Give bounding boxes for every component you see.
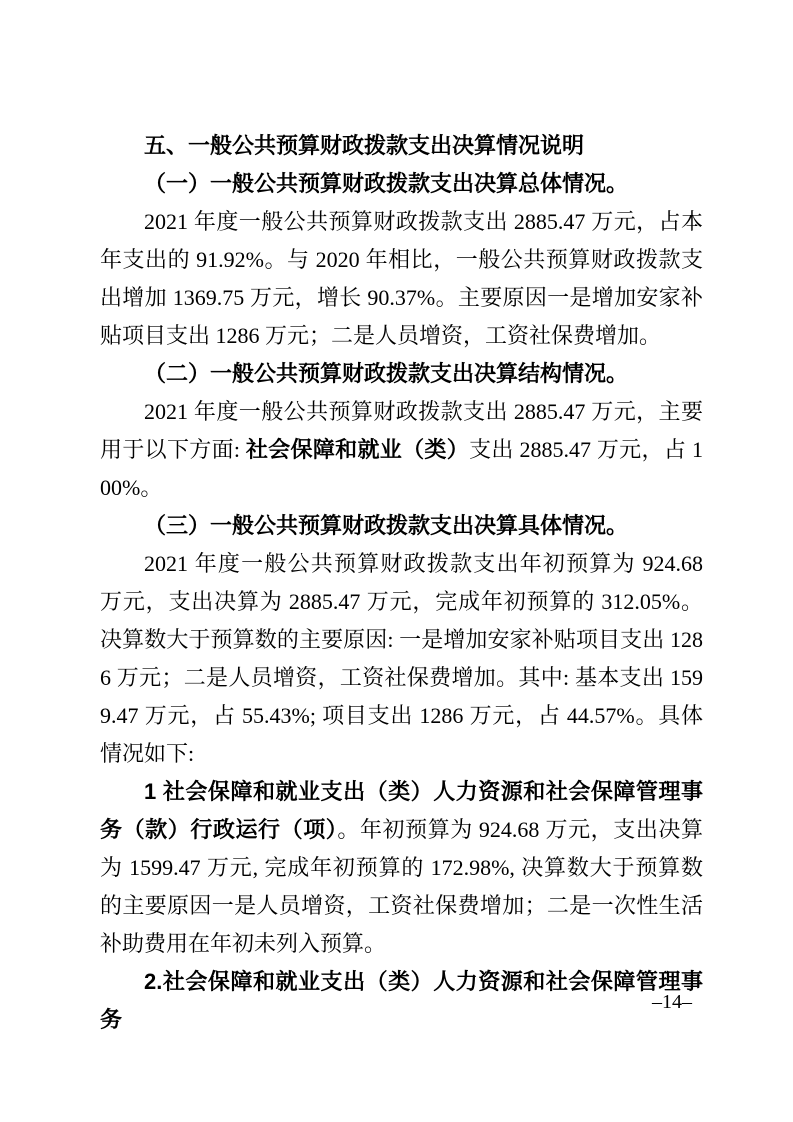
page-number: –14– — [652, 990, 692, 1014]
bold-text-run: （一）一般公共预算财政拨款支出决算总体情况。 — [144, 171, 628, 196]
bold-text-run: （三）一般公共预算财政拨款支出决算具体情况。 — [144, 513, 628, 538]
section-heading: 五、一般公共预算财政拨款支出决算情况说明 — [100, 127, 703, 165]
section-heading: （一）一般公共预算财政拨款支出决算总体情况。 — [100, 165, 703, 203]
body-paragraph: 2021 年度一般公共预算财政拨款支出 2885.47 万元，主要用于以下方面:… — [100, 393, 703, 507]
section-heading: （二）一般公共预算财政拨款支出决算结构情况。 — [100, 355, 703, 393]
text-run: 2021 年度一般公共预算财政拨款支出年初预算为 924.68 万元，支出决算为… — [100, 551, 703, 766]
document-page: 五、一般公共预算财政拨款支出决算情况说明（一）一般公共预算财政拨款支出决算总体情… — [0, 0, 793, 1122]
bold-text-run: 社会保障和就业（类） — [246, 437, 469, 462]
body-paragraph: 1 社会保障和就业支出（类）人力资源和社会保障管理事务（款）行政运行（项）。年初… — [100, 773, 703, 963]
text-run: 2021 年度一般公共预算财政拨款支出 2885.47 万元，占本年支出的 91… — [100, 209, 703, 348]
body-paragraph: 2021 年度一般公共预算财政拨款支出年初预算为 924.68 万元，支出决算为… — [100, 545, 703, 773]
body-paragraph: 2021 年度一般公共预算财政拨款支出 2885.47 万元，占本年支出的 91… — [100, 203, 703, 355]
bold-text-run: （二）一般公共预算财政拨款支出决算结构情况。 — [144, 361, 628, 386]
body-paragraph: 2.社会保障和就业支出（类）人力资源和社会保障管理事务 — [100, 963, 703, 1039]
document-body: 五、一般公共预算财政拨款支出决算情况说明（一）一般公共预算财政拨款支出决算总体情… — [100, 127, 703, 1039]
bold-text-run: 2.社会保障和就业支出（类）人力资源和社会保障管理事务 — [100, 969, 703, 1032]
section-heading: （三）一般公共预算财政拨款支出决算具体情况。 — [100, 507, 703, 545]
bold-text-run: 五、一般公共预算财政拨款支出决算情况说明 — [144, 133, 584, 158]
